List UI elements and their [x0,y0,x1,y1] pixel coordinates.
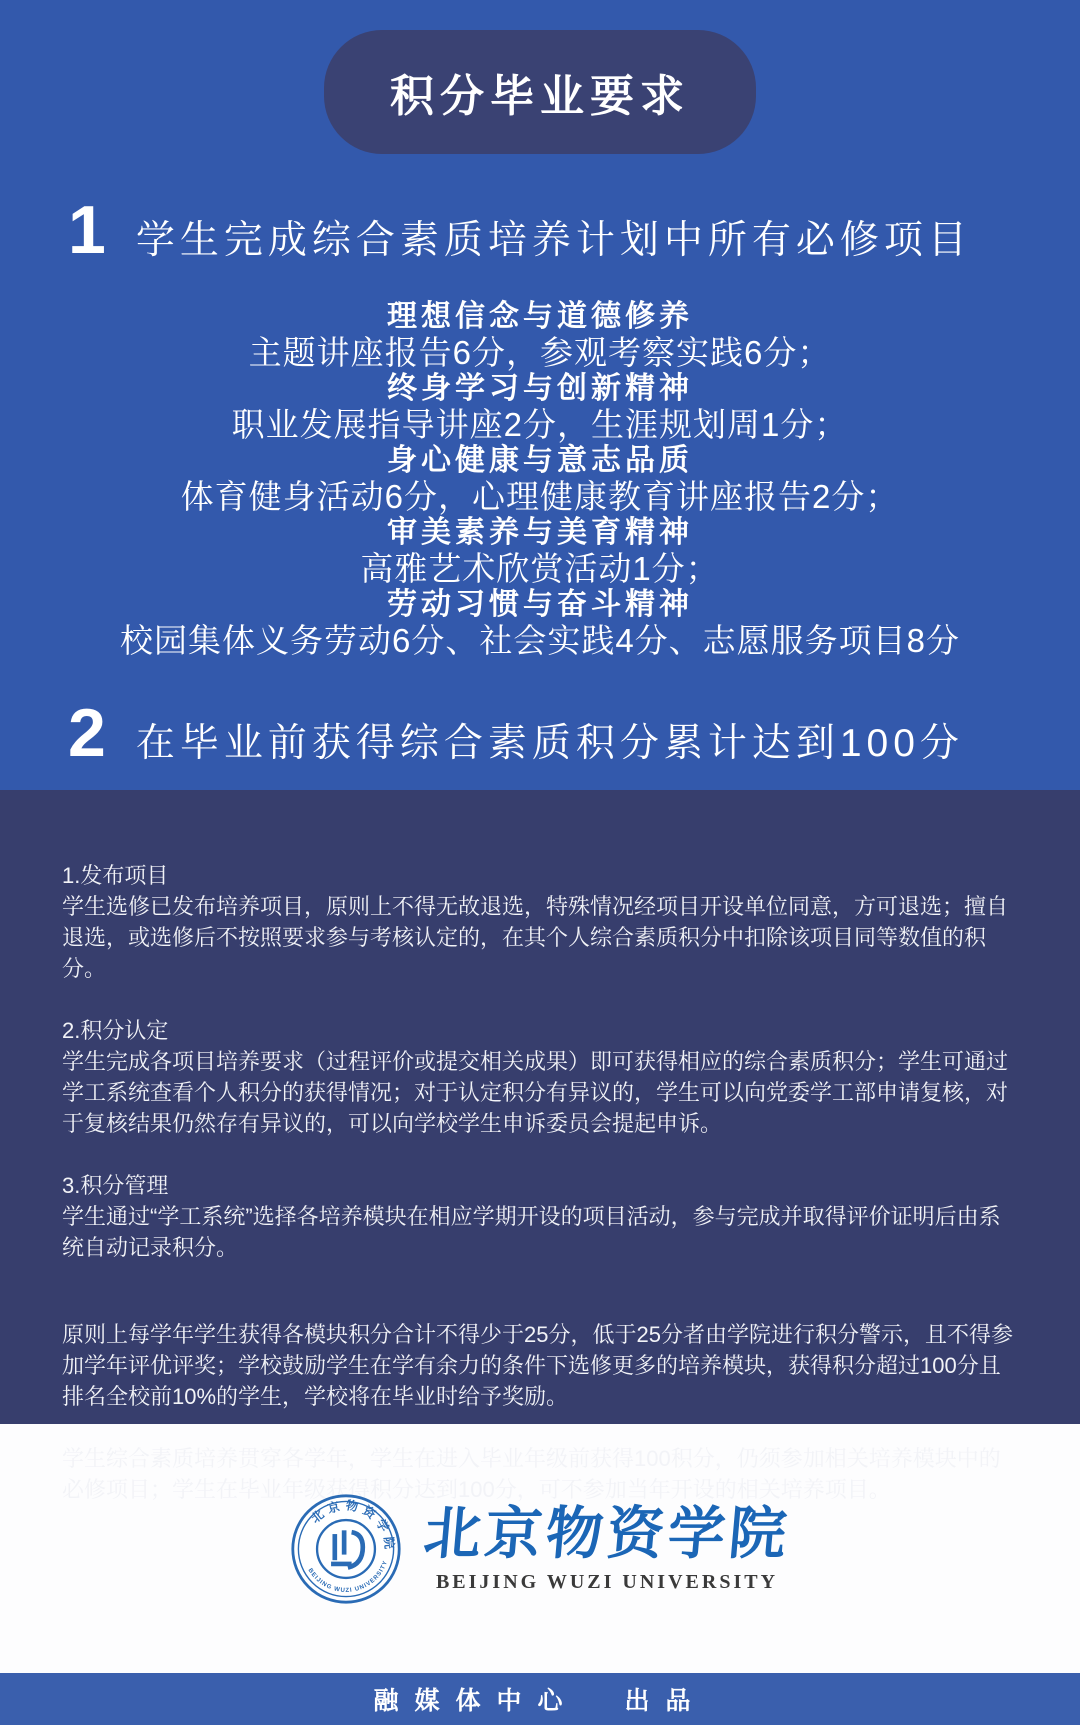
requirement-2-number: 2 [68,699,106,767]
page-title: 积分毕业要求 [324,30,756,154]
requirement-1: 1 学生完成综合素质培养计划中所有必修项目 [0,196,1080,265]
module-detail: 校园集体义务劳动6分、社会实践4分、志愿服务项目8分 [0,623,1080,659]
footer-bar: 融媒体中心 出品 [0,1673,1080,1725]
note-body: 学生选修已发布培养项目，原则上不得无故退选，特殊情况经项目开设单位同意，方可退选… [62,891,1018,984]
note-heading: 1.发布项目 [62,860,1018,891]
policy-paragraph: 原则上每学年学生获得各模块积分合计不得少于25分，低于25分者由学院进行积分警示… [62,1319,1018,1412]
notes-section: 1.发布项目 学生选修已发布培养项目，原则上不得无故退选，特殊情况经项目开设单位… [0,790,1080,1424]
note-heading: 2.积分认定 [62,1015,1018,1046]
requirement-2: 2 在毕业前获得综合素质积分累计达到100分 [0,699,1080,768]
university-logo: 北京物资学院 BEIJING WUZI UNIVERSITY 北京物资学院 BE… [290,1493,790,1605]
note-management: 3.积分管理 学生通过“学工系统”选择各培养模块在相应学期开设的项目活动，参与完… [62,1170,1018,1263]
requirement-2-text: 在毕业前获得综合素质积分累计达到100分 [136,712,964,768]
module-title: 劳动习惯与奋斗精神 [0,587,1080,623]
note-body: 学生通过“学工系统”选择各培养模块在相应学期开设的项目活动，参与完成并取得评价证… [62,1201,1018,1263]
note-recognition: 2.积分认定 学生完成各项目培养要求（过程评价或提交相关成果）即可获得相应的综合… [62,1015,1018,1139]
university-name-en: BEIJING WUZI UNIVERSITY [436,1571,778,1594]
note-body: 学生完成各项目培养要求（过程评价或提交相关成果）即可获得相应的综合素质积分；学生… [62,1046,1018,1139]
logo-text: 北京物资学院 BEIJING WUZI UNIVERSITY [424,1503,790,1595]
university-seal-icon: 北京物资学院 BEIJING WUZI UNIVERSITY [290,1493,402,1605]
hero-section: 积分毕业要求 1 学生完成综合素质培养计划中所有必修项目 理想信念与道德修养 主… [0,0,1080,790]
module-title: 审美素养与美育精神 [0,515,1080,551]
university-name-cn: 北京物资学院 [421,1503,792,1566]
module-detail: 体育健身活动6分，心理健康教育讲座报告2分； [0,479,1080,515]
module-list: 理想信念与道德修养 主题讲座报告6分，参观考察实践6分； 终身学习与创新精神 职… [0,299,1080,659]
module-detail: 高雅艺术欣赏活动1分； [0,551,1080,587]
note-heading: 3.积分管理 [62,1170,1018,1201]
module-title: 理想信念与道德修养 [0,299,1080,335]
module-title: 身心健康与意志品质 [0,443,1080,479]
note-publish: 1.发布项目 学生选修已发布培养项目，原则上不得无故退选，特殊情况经项目开设单位… [62,860,1018,984]
footer-suffix: 出品 [625,1681,707,1717]
module-detail: 职业发展指导讲座2分，生涯规划周1分； [0,407,1080,443]
module-title: 终身学习与创新精神 [0,371,1080,407]
requirement-1-text: 学生完成综合素质培养计划中所有必修项目 [136,209,972,265]
module-detail: 主题讲座报告6分，参观考察实践6分； [0,335,1080,371]
footer-producer: 融媒体中心 [373,1681,578,1717]
requirement-1-number: 1 [68,196,106,264]
